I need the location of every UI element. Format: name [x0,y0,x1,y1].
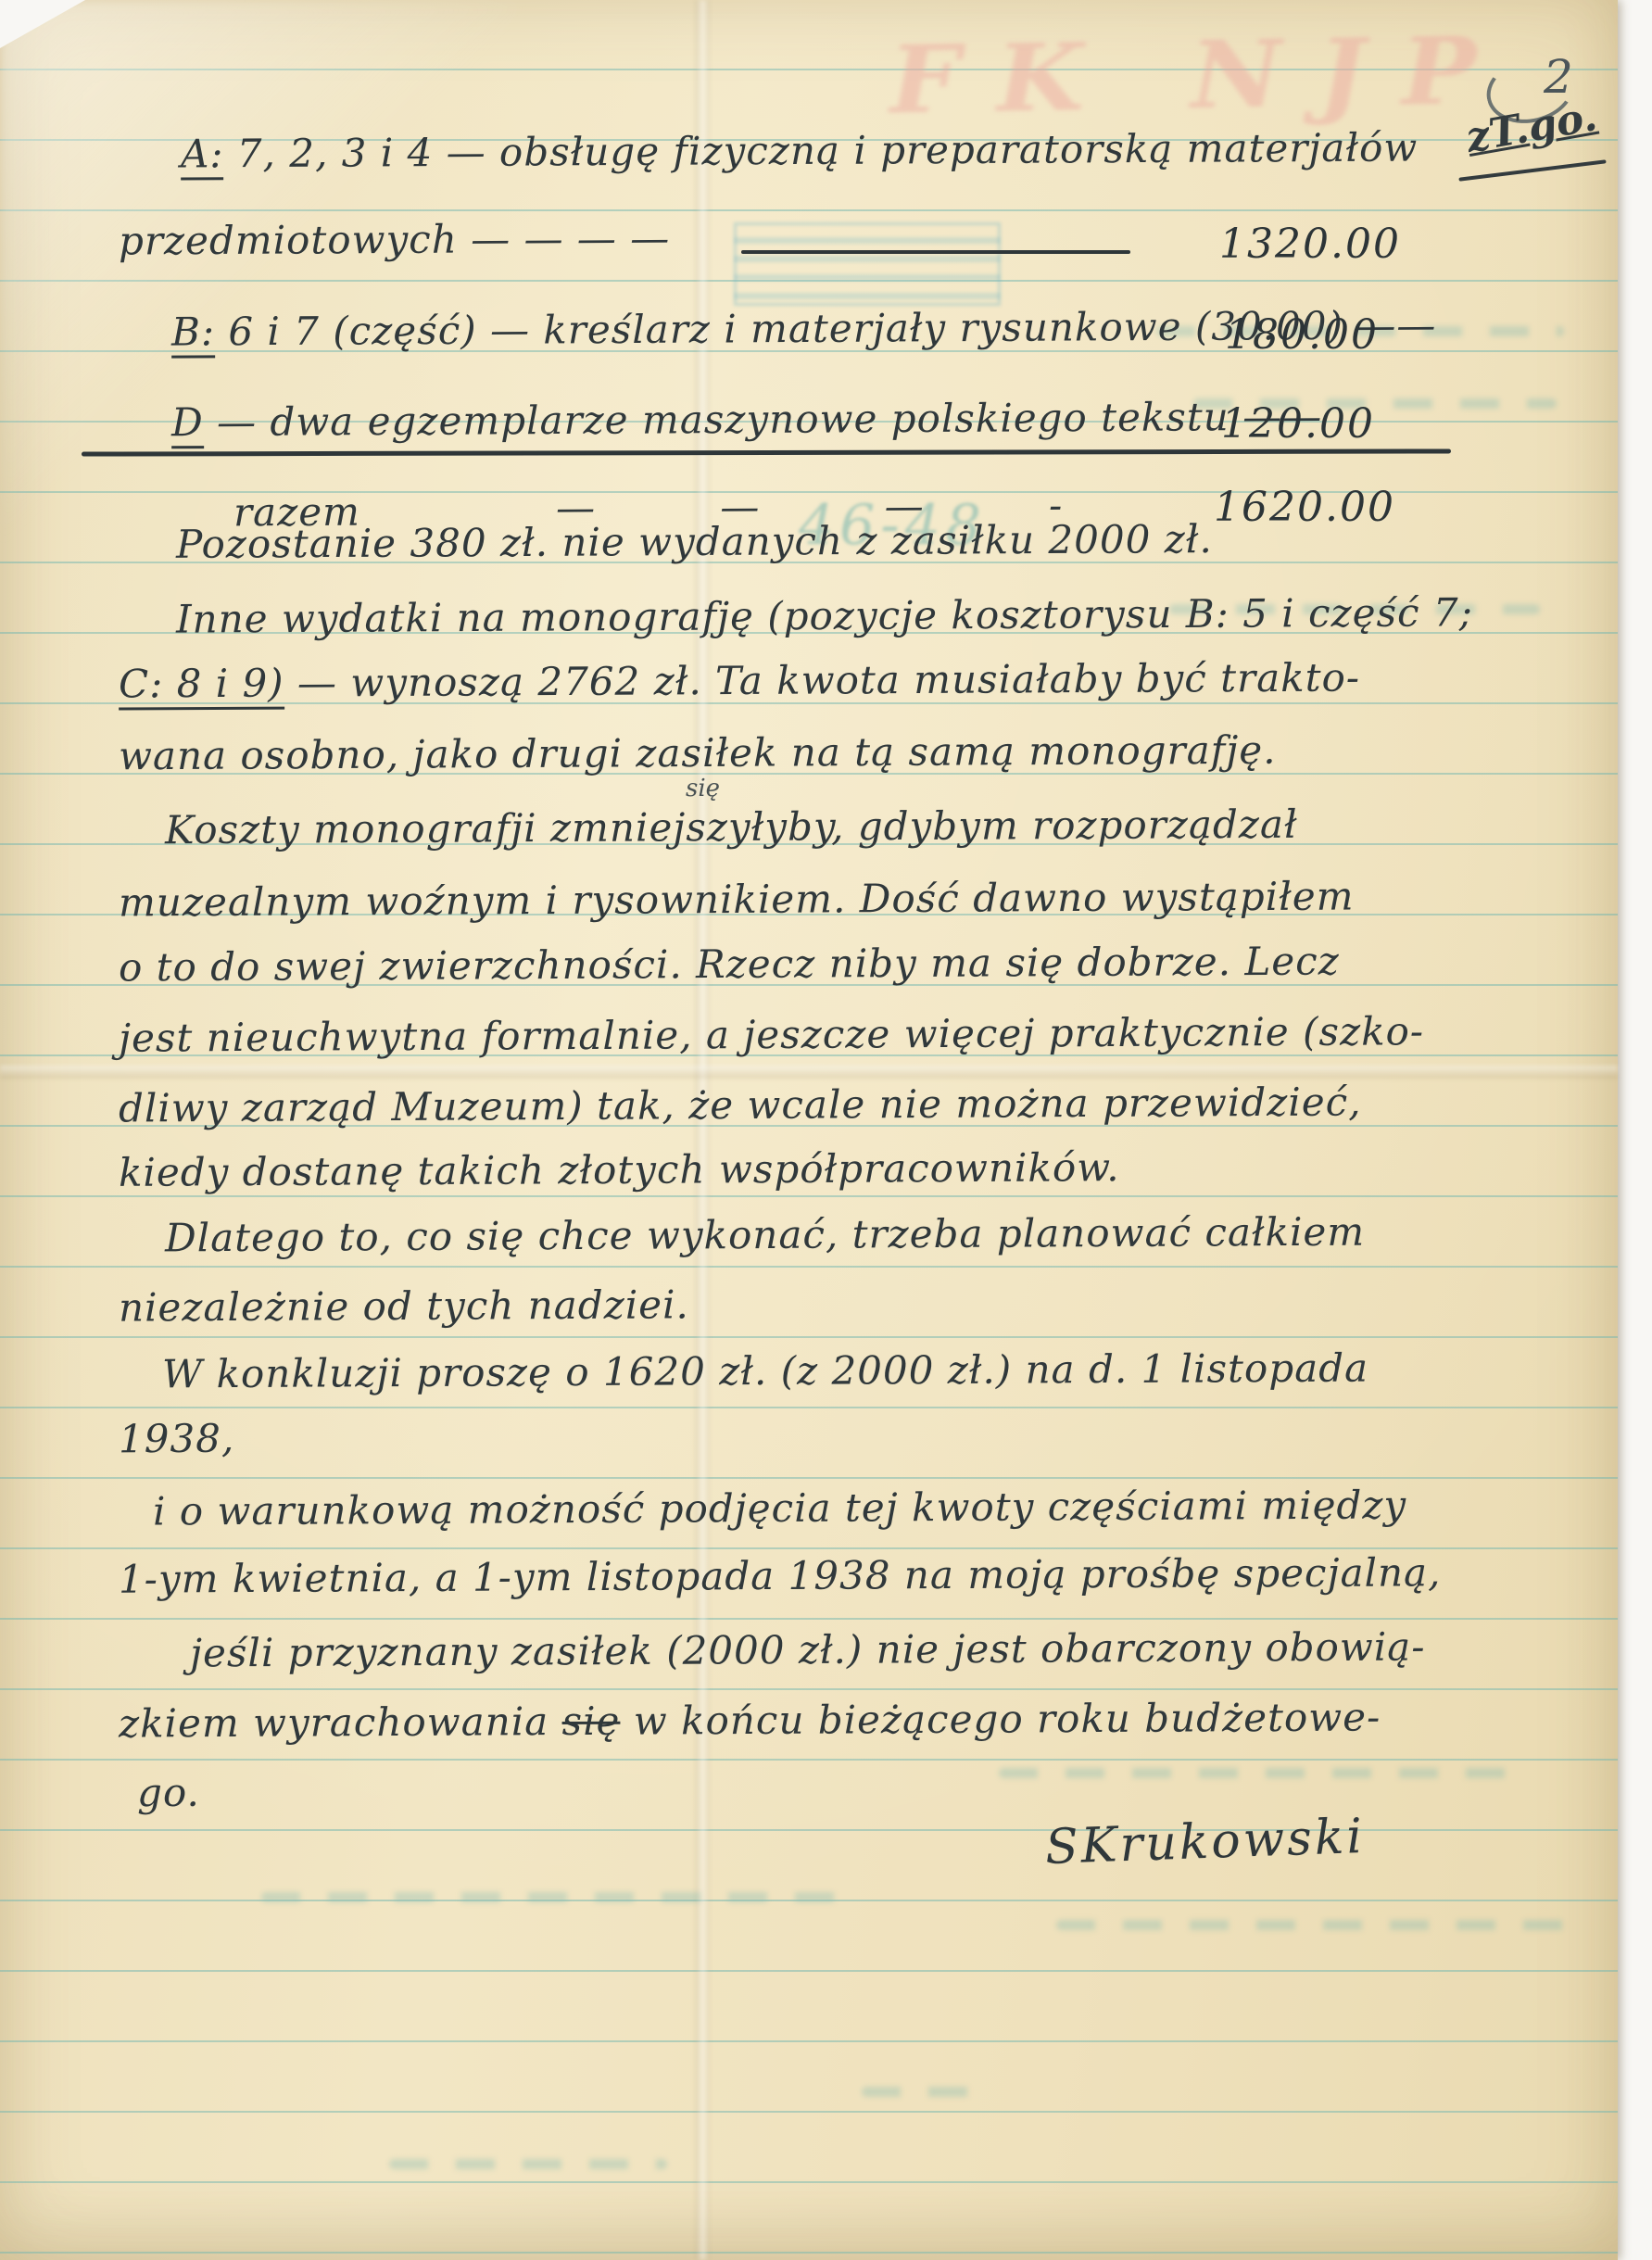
cost-label-d: D [171,399,204,448]
bleedthrough-stroke [389,2159,667,2169]
amount-total: 1620.00 [1214,484,1395,531]
letter-line: muzealnym woźnym i rysownikiem. Dość daw… [119,874,1355,926]
bleedthrough-stroke [999,1768,1518,1778]
bleedthrough-stroke [1056,1920,1571,1930]
cost-label-a: A: [181,131,224,180]
bleedthrough-stroke [862,2087,982,2097]
letter-line: i o warunkową możność podjęcia tej kwoty… [153,1482,1406,1534]
horizontal-fold-crease [0,1066,1618,1079]
letter-line: niezależnie od tych nadziei. [119,1282,689,1330]
bleedthrough-stamp [734,222,1001,306]
cost-line-a: A: 7, 2, 3 i 4 — obsługę fizyczną i prep… [181,125,1418,177]
letter-text: — wynoszą 2762 zł. Ta kwota musiałaby by… [284,654,1360,705]
letter-line: wana osobno, jako drugi zasiłek na tą sa… [119,727,1277,779]
letter-line: 1938, [119,1416,235,1462]
letter-line: W konkluzji proszę o 1620 zł. (z 2000 zł… [162,1345,1368,1397]
letter-line: jeśli przyznany zasiłek (2000 zł.) nie j… [190,1624,1426,1676]
amount-b: 180.00 [1225,311,1379,359]
letter-line: Inne wydatki na monografję (pozycje kosz… [176,589,1473,641]
fill-line [741,250,1130,254]
scanned-letter-page: FK NJP 46-48 2 zT.go. A: 7, 2, 3 i 4 — o… [0,0,1652,2260]
letter-line: o to do swej zwierzchności. Rzecz niby m… [119,939,1340,991]
struck-word: się [561,1698,620,1744]
cost-text-a2: przedmiotowych [119,217,471,264]
scan-corner-cutoff [0,0,85,48]
letter-line: 1-ym kwietnia, a 1-ym listopada 1938 na … [119,1549,1442,1601]
signature: SKrukowski [1044,1809,1366,1875]
amount-a: 1320.00 [1219,221,1401,268]
cost-label-c: C: 8 i 9) [119,661,284,711]
page-number: 2 [1544,50,1573,104]
cost-line-a2: przedmiotowych — — — — [119,215,670,263]
cost-label-b: B: [171,309,215,358]
letter-line: Dlatego to, co się chce wykonać, trzeba … [165,1209,1365,1261]
inserted-word: się [686,775,720,802]
bleedthrough-pink-initials: FK NJP [889,16,1514,135]
cost-dashes-a2: — — — — [471,215,670,261]
letter-text: Koszty monografji zmniejszyłyby [165,803,831,852]
letter-line: zkiem wyrachowania się w końcu bieżącego… [119,1694,1381,1746]
letter-text: zkiem wyrachowania [119,1698,562,1747]
cost-text-b: 6 i 7 (część) — kreślarz i materjały rys… [215,303,1356,354]
letter-line: jest nieuchwytna formalnie, a jeszcze wi… [119,1008,1424,1060]
letter-text: , gdybym rozporządzał [831,802,1298,850]
letter-line: Pozostanie 380 zł. nie wydanych z zasiłk… [176,516,1213,567]
cost-text-a: 7, 2, 3 i 4 — obsługę fizyczną i prepara… [223,125,1418,177]
letter-line: kiedy dostanę takich złotych współpracow… [119,1144,1120,1195]
cost-text-d: — dwa egzemplarze maszynowe polskiego te… [204,394,1243,445]
letter-line: go. [137,1770,200,1815]
letter-line: C: 8 i 9) — wynoszą 2762 zł. Ta kwota mu… [119,654,1360,706]
bleedthrough-stroke [261,1892,854,1902]
letter-line: Koszty monografji zmniejszyłyby, gdybym … [165,802,1298,852]
cost-line-d: D — dwa egzemplarze maszynowe polskiego … [171,394,1322,446]
amount-d: 120.00 [1221,400,1375,448]
letter-text: w końcu bieżącego roku budżetowe- [620,1694,1381,1743]
letter-line: dliwy zarząd Muzeum) tak, że wcale nie m… [119,1079,1362,1130]
